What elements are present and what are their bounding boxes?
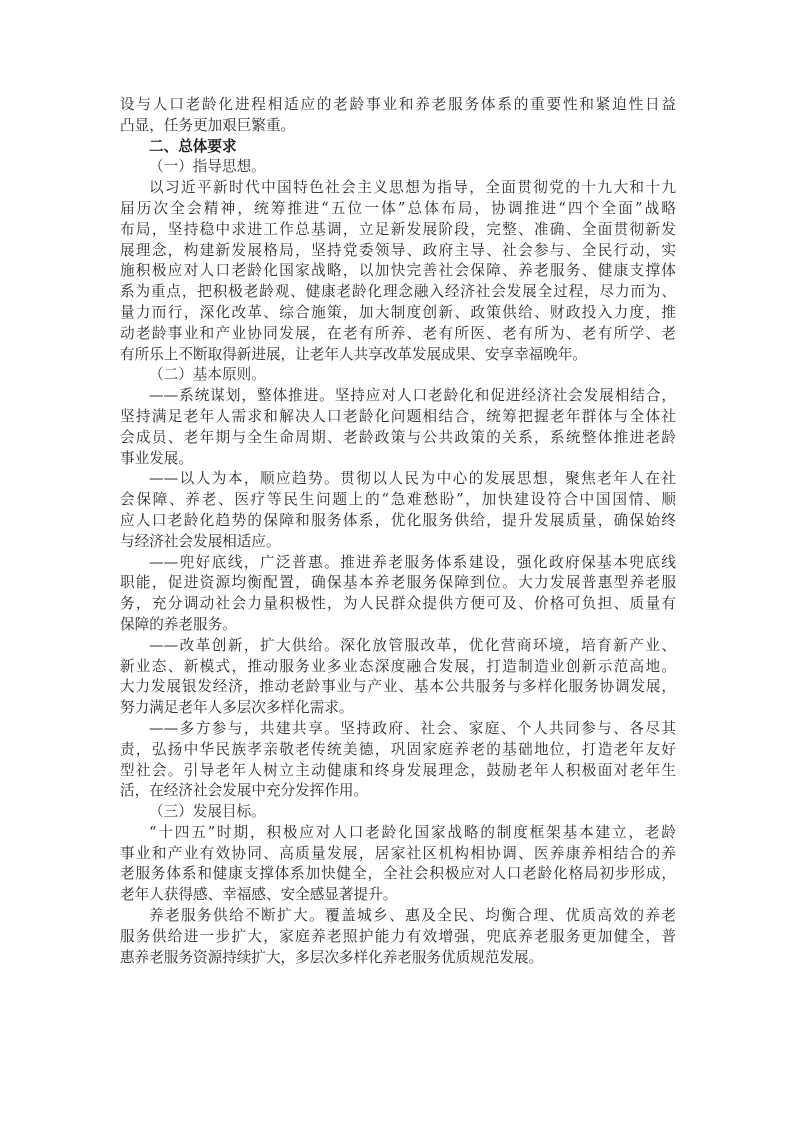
- paragraph-line: 老服务体系和健康支撑体系加快健全，全社会积极应对人口老龄化格局初步形成，: [120, 864, 676, 885]
- paragraph-line: 施积极应对人口老龄化国家战略，以加快完善社会保障、养老服务、健康支撑体: [120, 261, 676, 282]
- paragraph-line: 坚持满足老年人需求和解决人口老龄化问题相结合，统筹把握老年群体与全体社: [120, 407, 676, 428]
- paragraph-line: 服务供给进一步扩大，家庭养老照护能力有效增强，兜底养老服务更加健全，普: [120, 927, 676, 948]
- paragraph-line: 老年人获得感、幸福感、安全感显著提升。: [120, 885, 676, 906]
- paragraph-line: 凸显，任务更加艰巨繁重。: [120, 116, 676, 137]
- paragraph-line: 事业发展。: [120, 449, 676, 470]
- paragraph-line: 系为重点，把积极老龄观、健康老龄化理念融入经济社会发展全过程，尽力而为、: [120, 282, 676, 303]
- paragraph-line: 展理念，构建新发展格局，坚持党委领导、政府主导、社会参与、全民行动，实: [120, 241, 676, 262]
- subsection-heading: （三）发展目标。: [120, 802, 676, 823]
- paragraph-line: 与经济社会发展相适应。: [120, 532, 676, 553]
- paragraph-line: ——系统谋划，整体推进。坚持应对人口老龄化和促进经济社会发展相结合，: [120, 386, 676, 407]
- paragraph-line: 会成员、老年期与全生命周期、老龄政策与公共政策的关系，系统整体推进老龄: [120, 428, 676, 449]
- paragraph-line: 责，弘扬中华民族孝亲敬老传统美德，巩固家庭养老的基础地位，打造老年友好: [120, 740, 676, 761]
- paragraph-line: 事业和产业有效协同、高质量发展，居家社区机构相协调、医养康养相结合的养: [120, 844, 676, 865]
- paragraph-line: 职能，促进资源均衡配置，确保基本养老服务保障到位。大力发展普惠型养老服: [120, 573, 676, 594]
- paragraph-line: 养老服务供给不断扩大。覆盖城乡、惠及全民、均衡合理、优质高效的养老: [120, 906, 676, 927]
- paragraph-line: ——改革创新，扩大供给。深化放管服改革，优化营商环境，培育新产业、: [120, 636, 676, 657]
- paragraph-line: 大力发展银发经济，推动老龄事业与产业、基本公共服务与多样化服务协调发展，: [120, 677, 676, 698]
- paragraph-line: 以习近平新时代中国特色社会主义思想为指导，全面贯彻党的十九大和十九: [120, 178, 676, 199]
- paragraph-line: 保障的养老服务。: [120, 615, 676, 636]
- paragraph-line: ——多方参与，共建共享。坚持政府、社会、家庭、个人共同参与、各尽其: [120, 719, 676, 740]
- paragraph-line: 有所乐上不断取得新进展，让老年人共享改革发展成果、安享幸福晚年。: [120, 345, 676, 366]
- paragraph-line: 务，充分调动社会力量积极性，为人民群众提供方便可及、价格可负担、质量有: [120, 594, 676, 615]
- paragraph-line: 应人口老龄化趋势的保障和服务体系，优化服务供给，提升发展质量，确保始终: [120, 511, 676, 532]
- subsection-heading: （二）基本原则。: [120, 365, 676, 386]
- paragraph-line: 设与人口老龄化进程相适应的老龄事业和养老服务体系的重要性和紧迫性日益: [120, 95, 676, 116]
- paragraph-line: 会保障、养老、医疗等民生问题上的“急难愁盼”，加快建设符合中国国情、顺: [120, 490, 676, 511]
- subsection-heading: （一）指导思想。: [120, 157, 676, 178]
- paragraph-line: 惠养老服务资源持续扩大，多层次多样化养老服务优质规范发展。: [120, 948, 676, 969]
- paragraph-line: 努力满足老年人多层次多样化需求。: [120, 698, 676, 719]
- paragraph-line: “十四五”时期，积极应对人口老龄化国家战略的制度框架基本建立，老龄: [120, 823, 676, 844]
- paragraph-line: 量力而行，深化改革、综合施策，加大制度创新、政策供给、财政投入力度，推: [120, 303, 676, 324]
- section-heading: 二、总体要求: [120, 137, 676, 158]
- paragraph-line: 活，在经济社会发展中充分发挥作用。: [120, 781, 676, 802]
- paragraph-line: 型社会。引导老年人树立主动健康和终身发展理念，鼓励老年人积极面对老年生: [120, 761, 676, 782]
- paragraph-line: ——兜好底线，广泛普惠。推进养老服务体系建设，强化政府保基本兜底线: [120, 553, 676, 574]
- paragraph-line: 新业态、新模式，推动服务业多业态深度融合发展，打造制造业创新示范高地。: [120, 657, 676, 678]
- paragraph-line: 届历次全会精神，统筹推进“五位一体”总体布局，协调推进“四个全面”战略: [120, 199, 676, 220]
- paragraph-line: 布局，坚持稳中求进工作总基调，立足新发展阶段，完整、准确、全面贯彻新发: [120, 220, 676, 241]
- document-page: 设与人口老龄化进程相适应的老龄事业和养老服务体系的重要性和紧迫性日益 凸显，任务…: [120, 95, 676, 968]
- paragraph-line: ——以人为本，顺应趋势。贯彻以人民为中心的发展思想，聚焦老年人在社: [120, 469, 676, 490]
- paragraph-line: 动老龄事业和产业协同发展，在老有所养、老有所医、老有所为、老有所学、老: [120, 324, 676, 345]
